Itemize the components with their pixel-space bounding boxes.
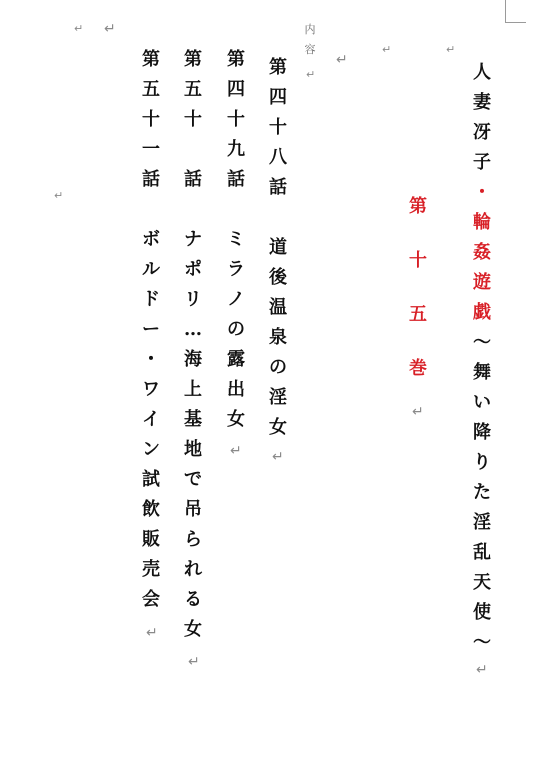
character: の	[266, 353, 290, 383]
character: 露	[224, 345, 248, 375]
character: ポ	[181, 255, 205, 285]
page-margin-corner-mark	[505, 0, 526, 23]
character: り	[470, 448, 494, 478]
character: た	[470, 478, 494, 508]
character: で	[181, 465, 205, 495]
volume-character: 第	[406, 192, 430, 246]
character: 女	[181, 615, 205, 645]
character	[181, 135, 205, 165]
character: 四	[266, 83, 290, 113]
character: 販	[139, 525, 163, 555]
character: 九	[224, 135, 248, 165]
character: 売	[139, 555, 163, 585]
character: 女	[266, 413, 290, 443]
character: ラ	[224, 255, 248, 285]
character: ン	[139, 435, 163, 465]
chapter-49[interactable]: 第四十九話ミラノの露出女	[224, 45, 248, 435]
character: 十	[181, 105, 205, 135]
character: リ	[181, 285, 205, 315]
character: 淫	[470, 508, 494, 538]
character: ル	[139, 255, 163, 285]
character: 上	[181, 375, 205, 405]
contents-character: 容	[298, 40, 322, 60]
paragraph-mark-icon: ↵	[104, 23, 116, 35]
chapter-50[interactable]: 第五十話ナポリ…海上基地で吊られる女	[181, 45, 205, 645]
character: 話	[266, 173, 290, 203]
character: 話	[181, 165, 205, 195]
character: 飲	[139, 495, 163, 525]
character: イ	[139, 405, 163, 435]
character: い	[470, 388, 494, 418]
character: 基	[181, 405, 205, 435]
contents-character: 内	[298, 20, 322, 40]
character: 遊	[470, 268, 494, 298]
contents-label: 内容	[298, 20, 322, 60]
character: 第	[139, 45, 163, 75]
character: ノ	[224, 285, 248, 315]
character: 出	[224, 375, 248, 405]
character: 吊	[181, 495, 205, 525]
paragraph-mark-icon: ↵	[446, 44, 455, 56]
character: ド	[139, 285, 163, 315]
character: 天	[470, 568, 494, 598]
character: ら	[181, 525, 205, 555]
volume-column[interactable]: 第十五巻	[406, 192, 430, 408]
character: 姦	[470, 238, 494, 268]
character: 話	[139, 165, 163, 195]
document-page: 人妻冴子・輪姦遊戯～舞い降りた淫乱天使～ 第十五巻 内容 第四十八話道後温泉の淫…	[0, 0, 557, 777]
paragraph-mark-icon: ↵	[146, 627, 158, 639]
character: 道	[266, 233, 290, 263]
character: 一	[139, 135, 163, 165]
character: 後	[266, 263, 290, 293]
character: ミ	[224, 225, 248, 255]
paragraph-mark-icon: ↵	[412, 406, 424, 418]
character: 淫	[266, 383, 290, 413]
character: 子	[470, 148, 494, 178]
paragraph-mark-icon: ↵	[188, 656, 200, 668]
character: 第	[224, 45, 248, 75]
character: ナ	[181, 225, 205, 255]
paragraph-mark-icon: ↵	[382, 44, 391, 56]
character: れ	[181, 555, 205, 585]
character: 海	[181, 345, 205, 375]
paragraph-mark-icon: ↵	[74, 23, 83, 35]
character: 第	[266, 53, 290, 83]
paragraph-mark-icon: ↵	[230, 445, 242, 457]
character: 温	[266, 293, 290, 323]
paragraph-mark-icon: ↵	[336, 54, 348, 66]
character: 四	[224, 75, 248, 105]
character: の	[224, 315, 248, 345]
volume-character: 十	[406, 246, 430, 300]
character: 試	[139, 465, 163, 495]
character: 十	[266, 113, 290, 143]
paragraph-mark-icon: ↵	[306, 69, 315, 81]
character: 会	[139, 585, 163, 615]
character: 使	[470, 598, 494, 628]
character: 五	[181, 75, 205, 105]
character: 五	[139, 75, 163, 105]
character: ～	[470, 628, 494, 658]
character: ー	[139, 315, 163, 345]
character: 話	[224, 165, 248, 195]
paragraph-mark-icon: ↵	[476, 664, 488, 676]
character: 第	[181, 45, 205, 75]
character: る	[181, 585, 205, 615]
character: 十	[224, 105, 248, 135]
character: 十	[139, 105, 163, 135]
paragraph-mark-icon: ↵	[54, 190, 63, 202]
character: 乱	[470, 538, 494, 568]
character: 人	[470, 58, 494, 88]
character: 泉	[266, 323, 290, 353]
character: ワ	[139, 375, 163, 405]
volume-character: 五	[406, 300, 430, 354]
character: 女	[224, 405, 248, 435]
chapter-51[interactable]: 第五十一話ボルドー・ワイン試飲販売会	[139, 45, 163, 615]
character: 戯	[470, 298, 494, 328]
volume-character: 巻	[406, 354, 430, 408]
character: …	[181, 315, 205, 345]
character: ・	[139, 345, 163, 375]
character: 八	[266, 143, 290, 173]
chapter-48[interactable]: 第四十八話道後温泉の淫女	[266, 53, 290, 443]
character: 降	[470, 418, 494, 448]
character: 地	[181, 435, 205, 465]
character: ボ	[139, 225, 163, 255]
paragraph-mark-icon: ↵	[272, 451, 284, 463]
character: 舞	[470, 358, 494, 388]
character: 冴	[470, 118, 494, 148]
character: 輪	[470, 208, 494, 238]
title-column[interactable]: 人妻冴子・輪姦遊戯～舞い降りた淫乱天使～	[470, 58, 494, 658]
character: ～	[470, 328, 494, 358]
character: 妻	[470, 88, 494, 118]
character: ・	[470, 178, 494, 208]
